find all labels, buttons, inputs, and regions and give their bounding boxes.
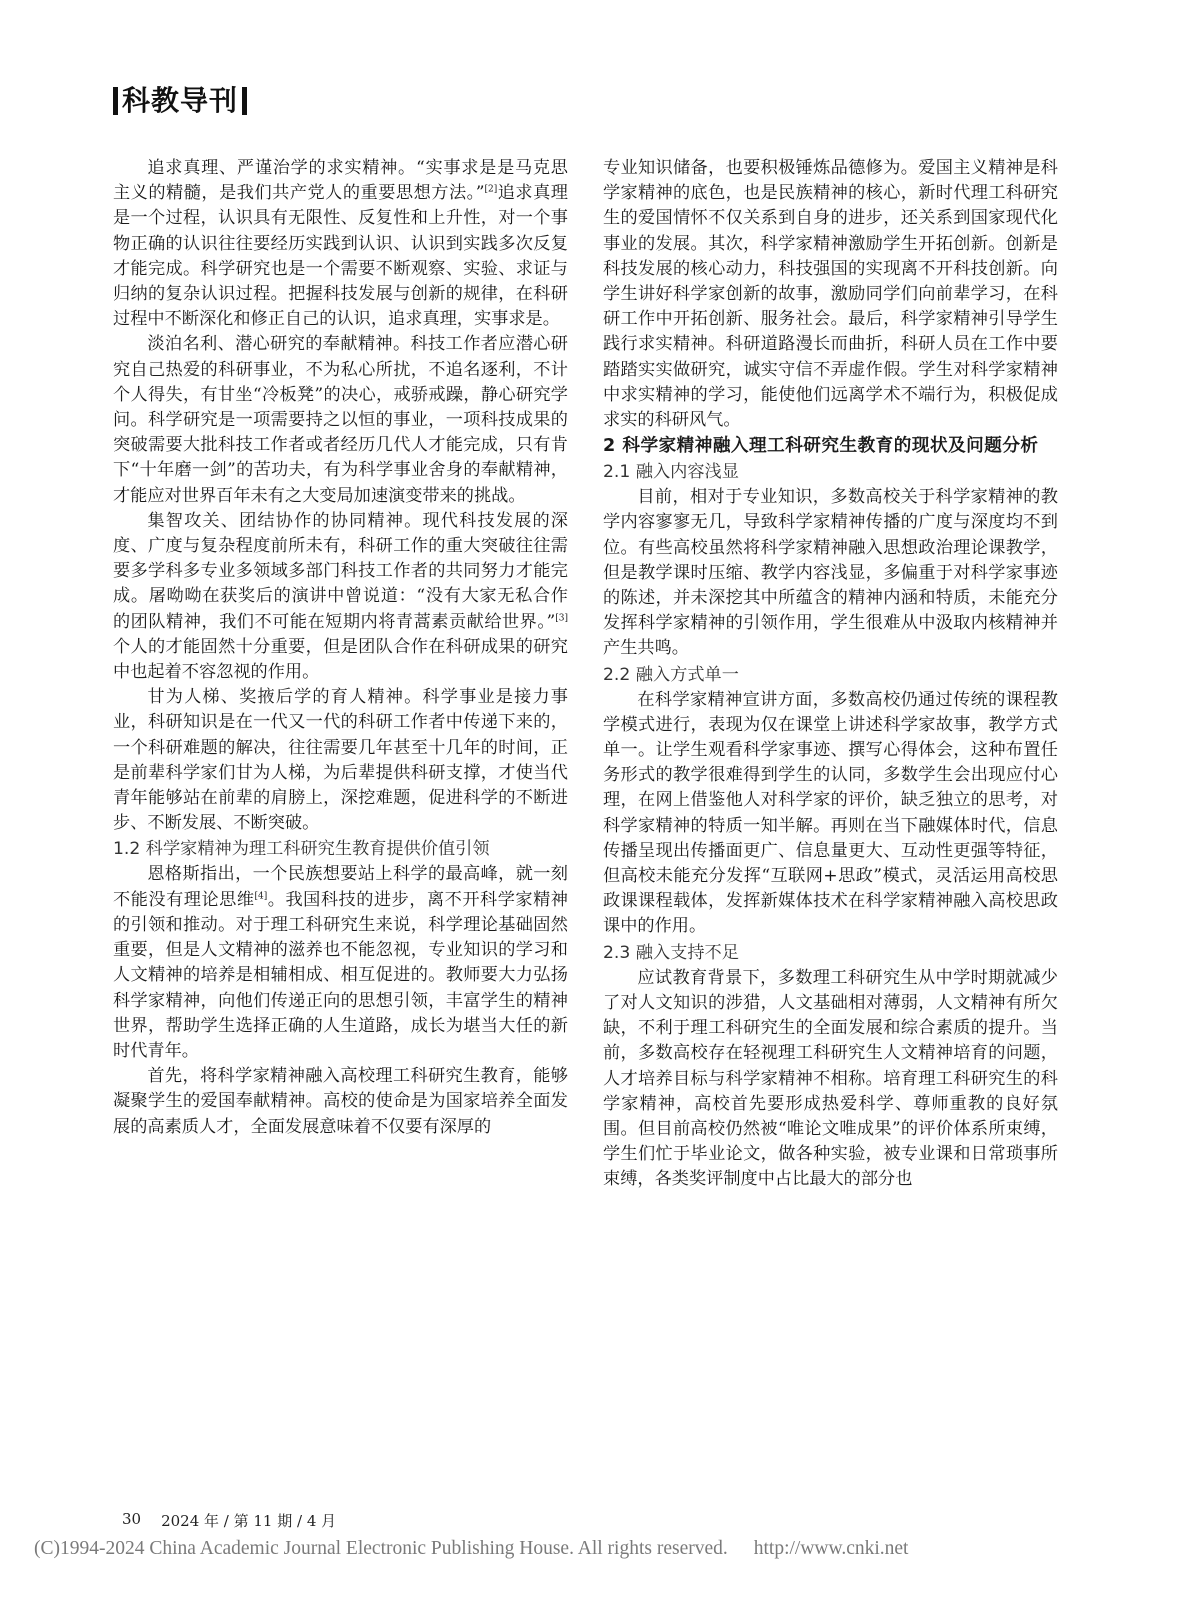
page-number: 30 (122, 1510, 141, 1531)
section-heading-2-3: 2.3 融入支持不足 (603, 940, 1058, 966)
journal-masthead: 科教导刊 (113, 86, 247, 116)
citation-ref: [3] (555, 613, 568, 623)
paragraph-shallow-content: 目前，相对于专业知识，多数高校关于科学家精神的教学内容寥寥无几，导致科学家精神传… (603, 485, 1058, 661)
copyright-text: (C)1994-2024 China Academic Journal Elec… (34, 1538, 728, 1559)
journal-title: 科教导刊 (122, 86, 238, 116)
citation-ref: [4] (255, 891, 268, 901)
paragraph-continuation: 专业知识储备，也要积极锤炼品德修为。爱国主义精神是科学家精神的底色，也是民族精神… (603, 156, 1058, 433)
page-footer: 30 2024 年 / 第 11 期 / 4 月 (122, 1510, 336, 1531)
paragraph-first: 首先，将科学家精神融入高校理工科研究生教育，能够凝聚学生的爱国奉献精神。高校的使… (113, 1064, 568, 1140)
paragraph-mentoring: 甘为人梯、奖掖后学的育人精神。科学事业是接力事业，科研知识是在一代又一代的科研工… (113, 685, 568, 836)
cnki-link[interactable]: http://www.cnki.net (754, 1538, 909, 1559)
paragraph-engels: 恩格斯指出，一个民族想要站上科学的最高峰，就一刻不能没有理论思维[4]。我国科技… (113, 862, 568, 1064)
left-column: 追求真理、严谨治学的求实精神。“实事求是是马克思主义的精髓，是我们共产党人的重要… (113, 156, 568, 1140)
masthead-bar-left (113, 87, 118, 115)
paragraph-collaboration: 集智攻关、团结协作的协同精神。现代科技发展的深度、广度与复杂程度前所未有，科研工… (113, 509, 568, 685)
paragraph-dedication: 淡泊名利、潜心研究的奉献精神。科技工作者应潜心研究自己热爱的科研事业，不为私心所… (113, 332, 568, 508)
paragraph-single-method: 在科学家精神宣讲方面，多数高校仍通过传统的课程教学模式进行，表现为仅在课堂上讲述… (603, 688, 1058, 940)
citation-ref: [2] (485, 184, 498, 194)
section-heading-2-1: 2.1 融入内容浅显 (603, 459, 1058, 485)
paragraph-insufficient-support: 应试教育背景下，多数理工科研究生从中学时期就减少了对人文知识的涉猎，人文基础相对… (603, 966, 1058, 1193)
section-heading-2: 2 科学家精神融入理工科研究生教育的现状及问题分析 (603, 433, 1058, 459)
right-column: 专业知识储备，也要积极锤炼品德修为。爱国主义精神是科学家精神的底色，也是民族精神… (603, 156, 1058, 1193)
issue-info: 2024 年 / 第 11 期 / 4 月 (161, 1510, 336, 1531)
masthead-bar-right (242, 87, 247, 115)
section-heading-2-2: 2.2 融入方式单一 (603, 662, 1058, 688)
section-heading-1-2: 1.2 科学家精神为理工科研究生教育提供价值引领 (113, 836, 568, 862)
copyright-notice: (C)1994-2024 China Academic Journal Elec… (34, 1538, 908, 1560)
paragraph-truth-seeking: 追求真理、严谨治学的求实精神。“实事求是是马克思主义的精髓，是我们共产党人的重要… (113, 156, 568, 332)
